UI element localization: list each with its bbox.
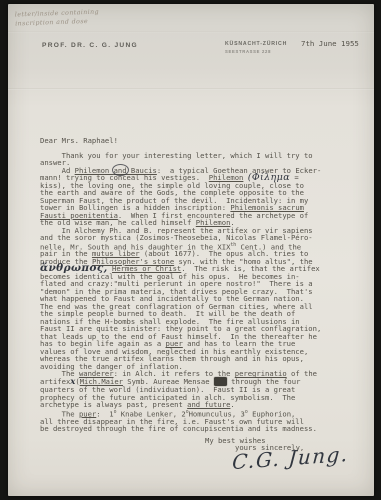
pencil-annotation: letter/inside containing inscription and… (15, 8, 100, 29)
pencil-annotation-line2: inscription and dose (15, 18, 88, 28)
letterhead-place: KÜSNACHT-ZÜRICH (225, 41, 287, 47)
letter-line: be destroyed through the fire of concupi… (40, 425, 362, 433)
signature: C.G. Jung. (232, 451, 349, 467)
salutation: Dear Mrs. Raphael! (40, 137, 362, 145)
body-lines: Thank you for your interesting letter, w… (40, 152, 362, 433)
closing-wishes: My best wishes (40, 437, 362, 445)
letter-body: Dear Mrs. Raphael! Thank you for your in… (40, 137, 362, 466)
letter-paper: letter/inside containing inscription and… (8, 4, 374, 496)
letter-line: and the soror mystica (Zosimos-Theosebei… (40, 234, 362, 242)
letter-line: archetype is always past, present and fu… (40, 401, 362, 409)
letterhead-street: SEESTRASSE 228 (225, 49, 271, 54)
paper-crease (8, 88, 374, 90)
letterhead-sender: PROF. DR. C. G. JUNG (42, 42, 138, 49)
letter-date: 7th June 1955 (301, 39, 359, 48)
letter-photo: letter/inside containing inscription and… (0, 0, 381, 500)
paper-crease (8, 31, 374, 33)
letter-line: Thank you for your interesting letter, w… (40, 152, 362, 160)
